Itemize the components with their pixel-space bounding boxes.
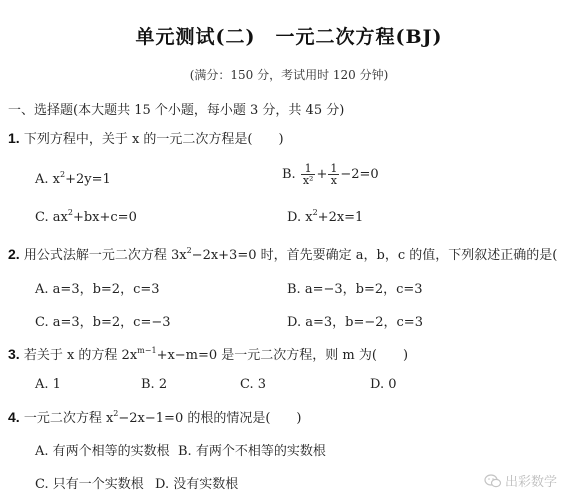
q2-option-d: D. a=3，b=−2，c=3 — [287, 311, 423, 330]
q4-option-c: C. 只有一个实数根 — [35, 473, 144, 492]
page-title: 单元测试(二) 一元二次方程(BJ) — [0, 22, 578, 49]
q1-option-c: C. ax2+bx+c=0 — [35, 210, 137, 225]
q3-option-b: B. 2 — [141, 377, 167, 392]
question-number: 4. — [8, 409, 20, 425]
q1-option-a: A. x2+2y=1 — [35, 172, 111, 187]
question-2: 2. 用公式法解一元二次方程 3x2−2x+3=0 时，首先要确定 a，b，c … — [8, 244, 578, 263]
q1-option-b: B. 1x²+1x−2=0 — [282, 163, 379, 186]
q2-option-c: C. a=3，b=2，c=−3 — [35, 311, 171, 330]
section-heading: 一、选择题(本大题共 15 个小题，每小题 3 分，共 45 分) — [8, 99, 344, 118]
exam-info: (满分：150 分，考试用时 120 分钟) — [0, 66, 578, 83]
question-number: 3. — [8, 346, 20, 362]
question-number: 2. — [8, 246, 20, 262]
wechat-icon — [484, 474, 502, 492]
fraction: 1x² — [301, 163, 316, 186]
q3-option-a: A. 1 — [35, 377, 61, 392]
q3-option-c: C. 3 — [240, 377, 266, 392]
q2-option-b: B. a=−3，b=2，c=3 — [287, 278, 423, 297]
q4-option-a: A. 有两个相等的实数根 — [35, 440, 170, 459]
q3-option-d: D. 0 — [370, 377, 397, 392]
q1-option-d: D. x2+2x=1 — [287, 210, 363, 225]
question-1: 1. 下列方程中，关于 x 的一元二次方程是( ) — [8, 128, 284, 147]
question-stem: 下列方程中，关于 x 的一元二次方程是( ) — [24, 132, 284, 147]
watermark: 出彩数学 — [484, 471, 557, 492]
q4-option-b: B. 有两个不相等的实数根 — [178, 440, 326, 459]
q2-option-a: A. a=3，b=2，c=3 — [35, 278, 160, 297]
q4-option-d: D. 没有实数根 — [155, 473, 238, 492]
question-4: 4. 一元二次方程 x2−2x−1=0 的根的情况是( ) — [8, 407, 302, 426]
question-3: 3. 若关于 x 的方程 2xm−1+x−m=0 是一元二次方程，则 m 为( … — [8, 344, 408, 363]
fraction: 1x — [328, 163, 339, 186]
question-number: 1. — [8, 130, 20, 146]
watermark-text: 出彩数学 — [505, 475, 557, 490]
